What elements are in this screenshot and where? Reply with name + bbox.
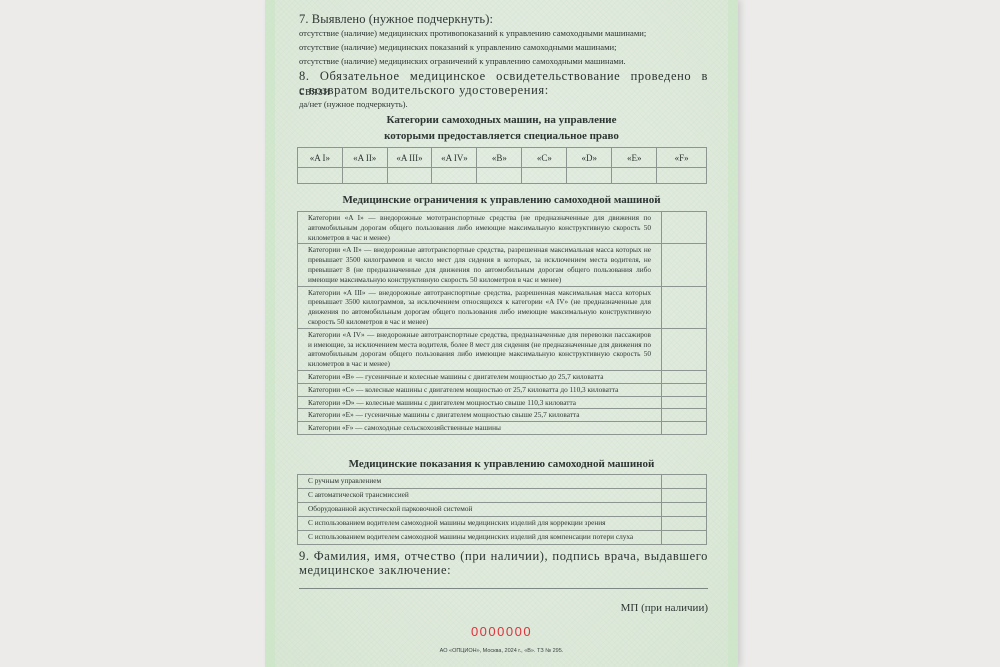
limitation-mark-d[interactable]	[662, 396, 707, 409]
category-a4: «A IV»	[432, 148, 477, 168]
indication-row: С ручным управлением	[298, 475, 707, 489]
limitation-mark-a2[interactable]	[662, 244, 707, 286]
indications-table: С ручным управлением С автоматической тр…	[297, 474, 707, 545]
serial-number: 0000000	[265, 624, 738, 639]
categories-table: «A I» «A II» «A III» «A IV» «B» «C» «D» …	[297, 147, 707, 184]
category-a4-mark[interactable]	[432, 168, 477, 184]
limitation-row: Категории «F» — самоходные сельскохозяйс…	[298, 422, 707, 435]
limitation-text-e: Категории «E» — гусеничные машины с двиг…	[298, 409, 662, 422]
limitation-mark-a3[interactable]	[662, 286, 707, 328]
categories-title-line-2: которыми предоставляется специальное пра…	[265, 130, 738, 142]
limitation-row: Категории «C» — колесные машины с двигат…	[298, 383, 707, 396]
category-a2-mark[interactable]	[342, 168, 387, 184]
limitation-mark-a4[interactable]	[662, 328, 707, 370]
limitation-row: Категории «E» — гусеничные машины с двиг…	[298, 409, 707, 422]
category-f: «F»	[657, 148, 707, 168]
indication-row: С использованием водителем самоходной ма…	[298, 531, 707, 545]
signature-line[interactable]	[299, 588, 708, 589]
indication-mark-automatic-transmission[interactable]	[662, 489, 707, 503]
limitation-row: Категории «D» — колесные машины с двигат…	[298, 396, 707, 409]
indication-text-hearing-compensation: С использованием водителем самоходной ма…	[298, 531, 662, 545]
section-7-line-1: отсутствие (наличие) медицинских противо…	[299, 27, 646, 39]
limitation-row: Категории «B» — гусеничные и колесные ма…	[298, 370, 707, 383]
indication-text-parking-system: Оборудованной акустической парковочной с…	[298, 503, 662, 517]
limitation-text-b: Категории «B» — гусеничные и колесные ма…	[298, 370, 662, 383]
limitation-mark-f[interactable]	[662, 422, 707, 435]
section-8-note: да/нет (нужное подчеркнуть).	[299, 98, 408, 110]
section-9-line-1: 9. Фамилия, имя, отчество (при наличии),…	[299, 549, 708, 564]
category-c-mark[interactable]	[522, 168, 567, 184]
medical-certificate-page: 7. Выявлено (нужное подчеркнуть): отсутс…	[265, 0, 738, 667]
indication-text-vision-correction: С использованием водителем самоходной ма…	[298, 517, 662, 531]
limitations-table: Категории «A I» — внедорожные мототрансп…	[297, 211, 707, 435]
limitation-text-f: Категории «F» — самоходные сельскохозяйс…	[298, 422, 662, 435]
limitation-mark-e[interactable]	[662, 409, 707, 422]
limitation-mark-b[interactable]	[662, 370, 707, 383]
section-9-line-2: медицинское заключение:	[299, 563, 451, 578]
category-a3: «A III»	[387, 148, 432, 168]
limitation-row: Категории «A I» — внедорожные мототрансп…	[298, 212, 707, 244]
categories-header-row: «A I» «A II» «A III» «A IV» «B» «C» «D» …	[298, 148, 707, 168]
indication-text-automatic-transmission: С автоматической трансмиссией	[298, 489, 662, 503]
indication-row: С автоматической трансмиссией	[298, 489, 707, 503]
category-a3-mark[interactable]	[387, 168, 432, 184]
limitations-title: Медицинские ограничения к управлению сам…	[265, 194, 738, 206]
indication-row: С использованием водителем самоходной ма…	[298, 517, 707, 531]
limitation-mark-c[interactable]	[662, 383, 707, 396]
category-b: «B»	[477, 148, 522, 168]
indication-mark-parking-system[interactable]	[662, 503, 707, 517]
limitation-text-a1: Категории «A I» — внедорожные мототрансп…	[298, 212, 662, 244]
indication-row: Оборудованной акустической парковочной с…	[298, 503, 707, 517]
limitation-text-a2: Категории «A II» — внедорожные автотранс…	[298, 244, 662, 286]
limitation-row: Категории «A III» — внедорожные автотран…	[298, 286, 707, 328]
limitation-mark-a1[interactable]	[662, 212, 707, 244]
category-a1-mark[interactable]	[298, 168, 343, 184]
limitation-row: Категории «A II» — внедорожные автотранс…	[298, 244, 707, 286]
printer-imprint: АО «ОПЦИОН», Москва, 2024 г., «В». ТЗ № …	[265, 648, 738, 654]
categories-title-line-1: Категории самоходных машин, на управлени…	[265, 114, 738, 126]
category-a1: «A I»	[298, 148, 343, 168]
indication-text-manual-control: С ручным управлением	[298, 475, 662, 489]
section-7-heading: 7. Выявлено (нужное подчеркнуть):	[299, 12, 493, 27]
indication-mark-hearing-compensation[interactable]	[662, 531, 707, 545]
indications-title: Медицинские показания к управлению самох…	[265, 458, 738, 470]
section-8-line-2: с возвратом водительского удостоверения:	[299, 83, 549, 98]
category-d: «D»	[567, 148, 612, 168]
category-a2: «A II»	[342, 148, 387, 168]
section-7-line-3: отсутствие (наличие) медицинских огранич…	[299, 55, 626, 67]
stamp-label: МП (при наличии)	[621, 602, 708, 614]
limitation-text-a3: Категории «A III» — внедорожные автотран…	[298, 286, 662, 328]
section-7-line-2: отсутствие (наличие) медицинских показан…	[299, 41, 617, 53]
limitation-text-a4: Категории «A IV» — внедорожные автотранс…	[298, 328, 662, 370]
category-e: «E»	[612, 148, 657, 168]
category-e-mark[interactable]	[612, 168, 657, 184]
category-c: «C»	[522, 148, 567, 168]
category-b-mark[interactable]	[477, 168, 522, 184]
category-d-mark[interactable]	[567, 168, 612, 184]
category-f-mark[interactable]	[657, 168, 707, 184]
limitation-text-d: Категории «D» — колесные машины с двигат…	[298, 396, 662, 409]
indication-mark-vision-correction[interactable]	[662, 517, 707, 531]
categories-mark-row	[298, 168, 707, 184]
limitation-text-c: Категории «C» — колесные машины с двигат…	[298, 383, 662, 396]
indication-mark-manual-control[interactable]	[662, 475, 707, 489]
limitation-row: Категории «A IV» — внедорожные автотранс…	[298, 328, 707, 370]
